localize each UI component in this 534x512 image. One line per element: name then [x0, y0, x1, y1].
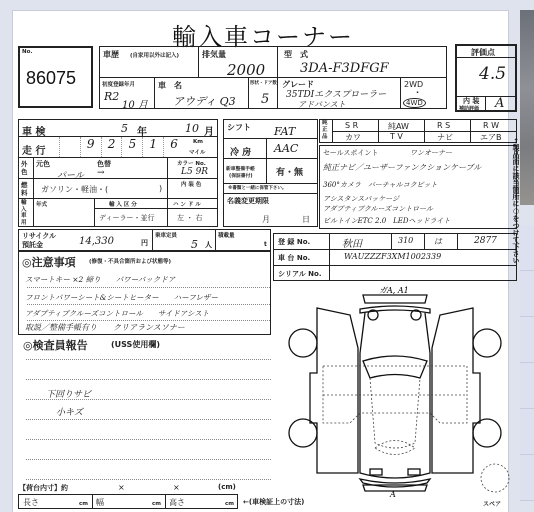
- displacement-cell: 排気量 2000: [198, 46, 278, 78]
- side-instruction: ←製品面に該当箇所に○をつけて下さい: [510, 123, 520, 278]
- lot-number: 86075: [26, 68, 76, 89]
- shaken-cell: 車 検 5 年 10 月: [18, 119, 218, 137]
- recycle-cell: リサイクル 預託金 14,330 円: [18, 229, 153, 251]
- model-code-value: 3DA-F3DFGF: [300, 61, 389, 76]
- equipment-grid: 純正品 S R 純AW R S R W カワ T V ナビ エアB: [319, 119, 517, 143]
- cargo-title: 【荷台内寸】約: [19, 483, 68, 493]
- score-value: 4.5: [479, 64, 506, 84]
- car-damage-diagram: ガA, A1 A: [275, 283, 515, 498]
- model-code-cell: 型 式 3DA-F3DFGF: [277, 46, 447, 78]
- interior-score: A: [495, 96, 504, 111]
- notes-box: ◎注意事項 (修復・不具合箇所および状態等) スマートキー ×2 締り パワーバ…: [18, 251, 271, 335]
- import-cell: 輸入車用 年式 輸 入 区 分 ディーラー・並行 ハ ン ド ル 左 ・ 右: [18, 198, 218, 227]
- name-change-cell: 名義変更期限 月 日: [223, 193, 318, 227]
- auction-sheet: 輸入車コーナー No. 86075 車歴 (自家用以外は記入) 排気量 2000…: [12, 10, 509, 512]
- cargo-dims: 長さ cm 幅 cm 高さ cm: [18, 494, 238, 509]
- load-cell: 積載量 t: [215, 229, 271, 251]
- drive-cell: 2WD · 4WD: [400, 77, 447, 109]
- inspector-note-2: 小キズ: [56, 405, 83, 418]
- side-panel: [520, 225, 534, 500]
- side-photo-thumbnail[interactable]: [520, 10, 534, 205]
- grade-cell: グレード 35TDIエクスプローラー アドバンスト: [277, 77, 401, 109]
- shift-cell: シフト FAT: [223, 119, 318, 139]
- fuel-cell: 燃料 ガソリン・軽油・( ) 内 装 色: [18, 178, 218, 199]
- mileage-cell: 走 行 9 2 5 1 6 Km マイル: [18, 136, 218, 158]
- car-name-value: アウディ Q3: [173, 93, 236, 109]
- diagram-top-note: ガA, A1: [379, 286, 409, 295]
- lot-number-box: No. 86075: [18, 46, 93, 108]
- car-name-cell: 車 名 アウディ Q3: [154, 77, 249, 109]
- inspector-lines: 下回りサビ 小キズ: [18, 351, 271, 481]
- drive-4wd-circled: 4WD: [403, 98, 426, 108]
- cargo-arrow-note: ←(車検証上の寸法): [243, 497, 304, 507]
- history-cell: 車歴 (自家用以外は記入): [99, 46, 199, 78]
- inspector-note-1: 下回りサビ: [46, 387, 91, 400]
- score-box: 評価点 4.5 内 装 補助評価 A: [455, 44, 517, 112]
- spare-label: スペア: [483, 499, 501, 508]
- color-cell: 外色 元色 色替 パール → カラー No. L5 9R: [18, 157, 218, 179]
- first-registration-cell: 初度登録年月 R2 10 月: [99, 77, 155, 109]
- sales-points-box: セールスポイント ワンオーナー 純正ナビ／ユーザーファンクションケーブル 360…: [319, 145, 517, 229]
- inspector-subtitle: (USS使用欄): [111, 339, 160, 350]
- registration-table: 登 録 No. 秋田 310 は 2877 車 台 No. WAUZZZF3XM…: [273, 233, 517, 281]
- lot-corner-mark: No.: [22, 49, 32, 55]
- warranty-cell: 新車整備手帳 (保証書付) 有・無 ※書類と一緒に保管下さい。: [223, 158, 318, 194]
- ac-cell: 冷 房 AAC: [223, 138, 318, 159]
- doors-cell: 形状・ドア数 5: [248, 77, 278, 109]
- diagram-bottom-note: A: [389, 490, 396, 498]
- capacity-cell: 乗車定員 5 人: [152, 229, 216, 251]
